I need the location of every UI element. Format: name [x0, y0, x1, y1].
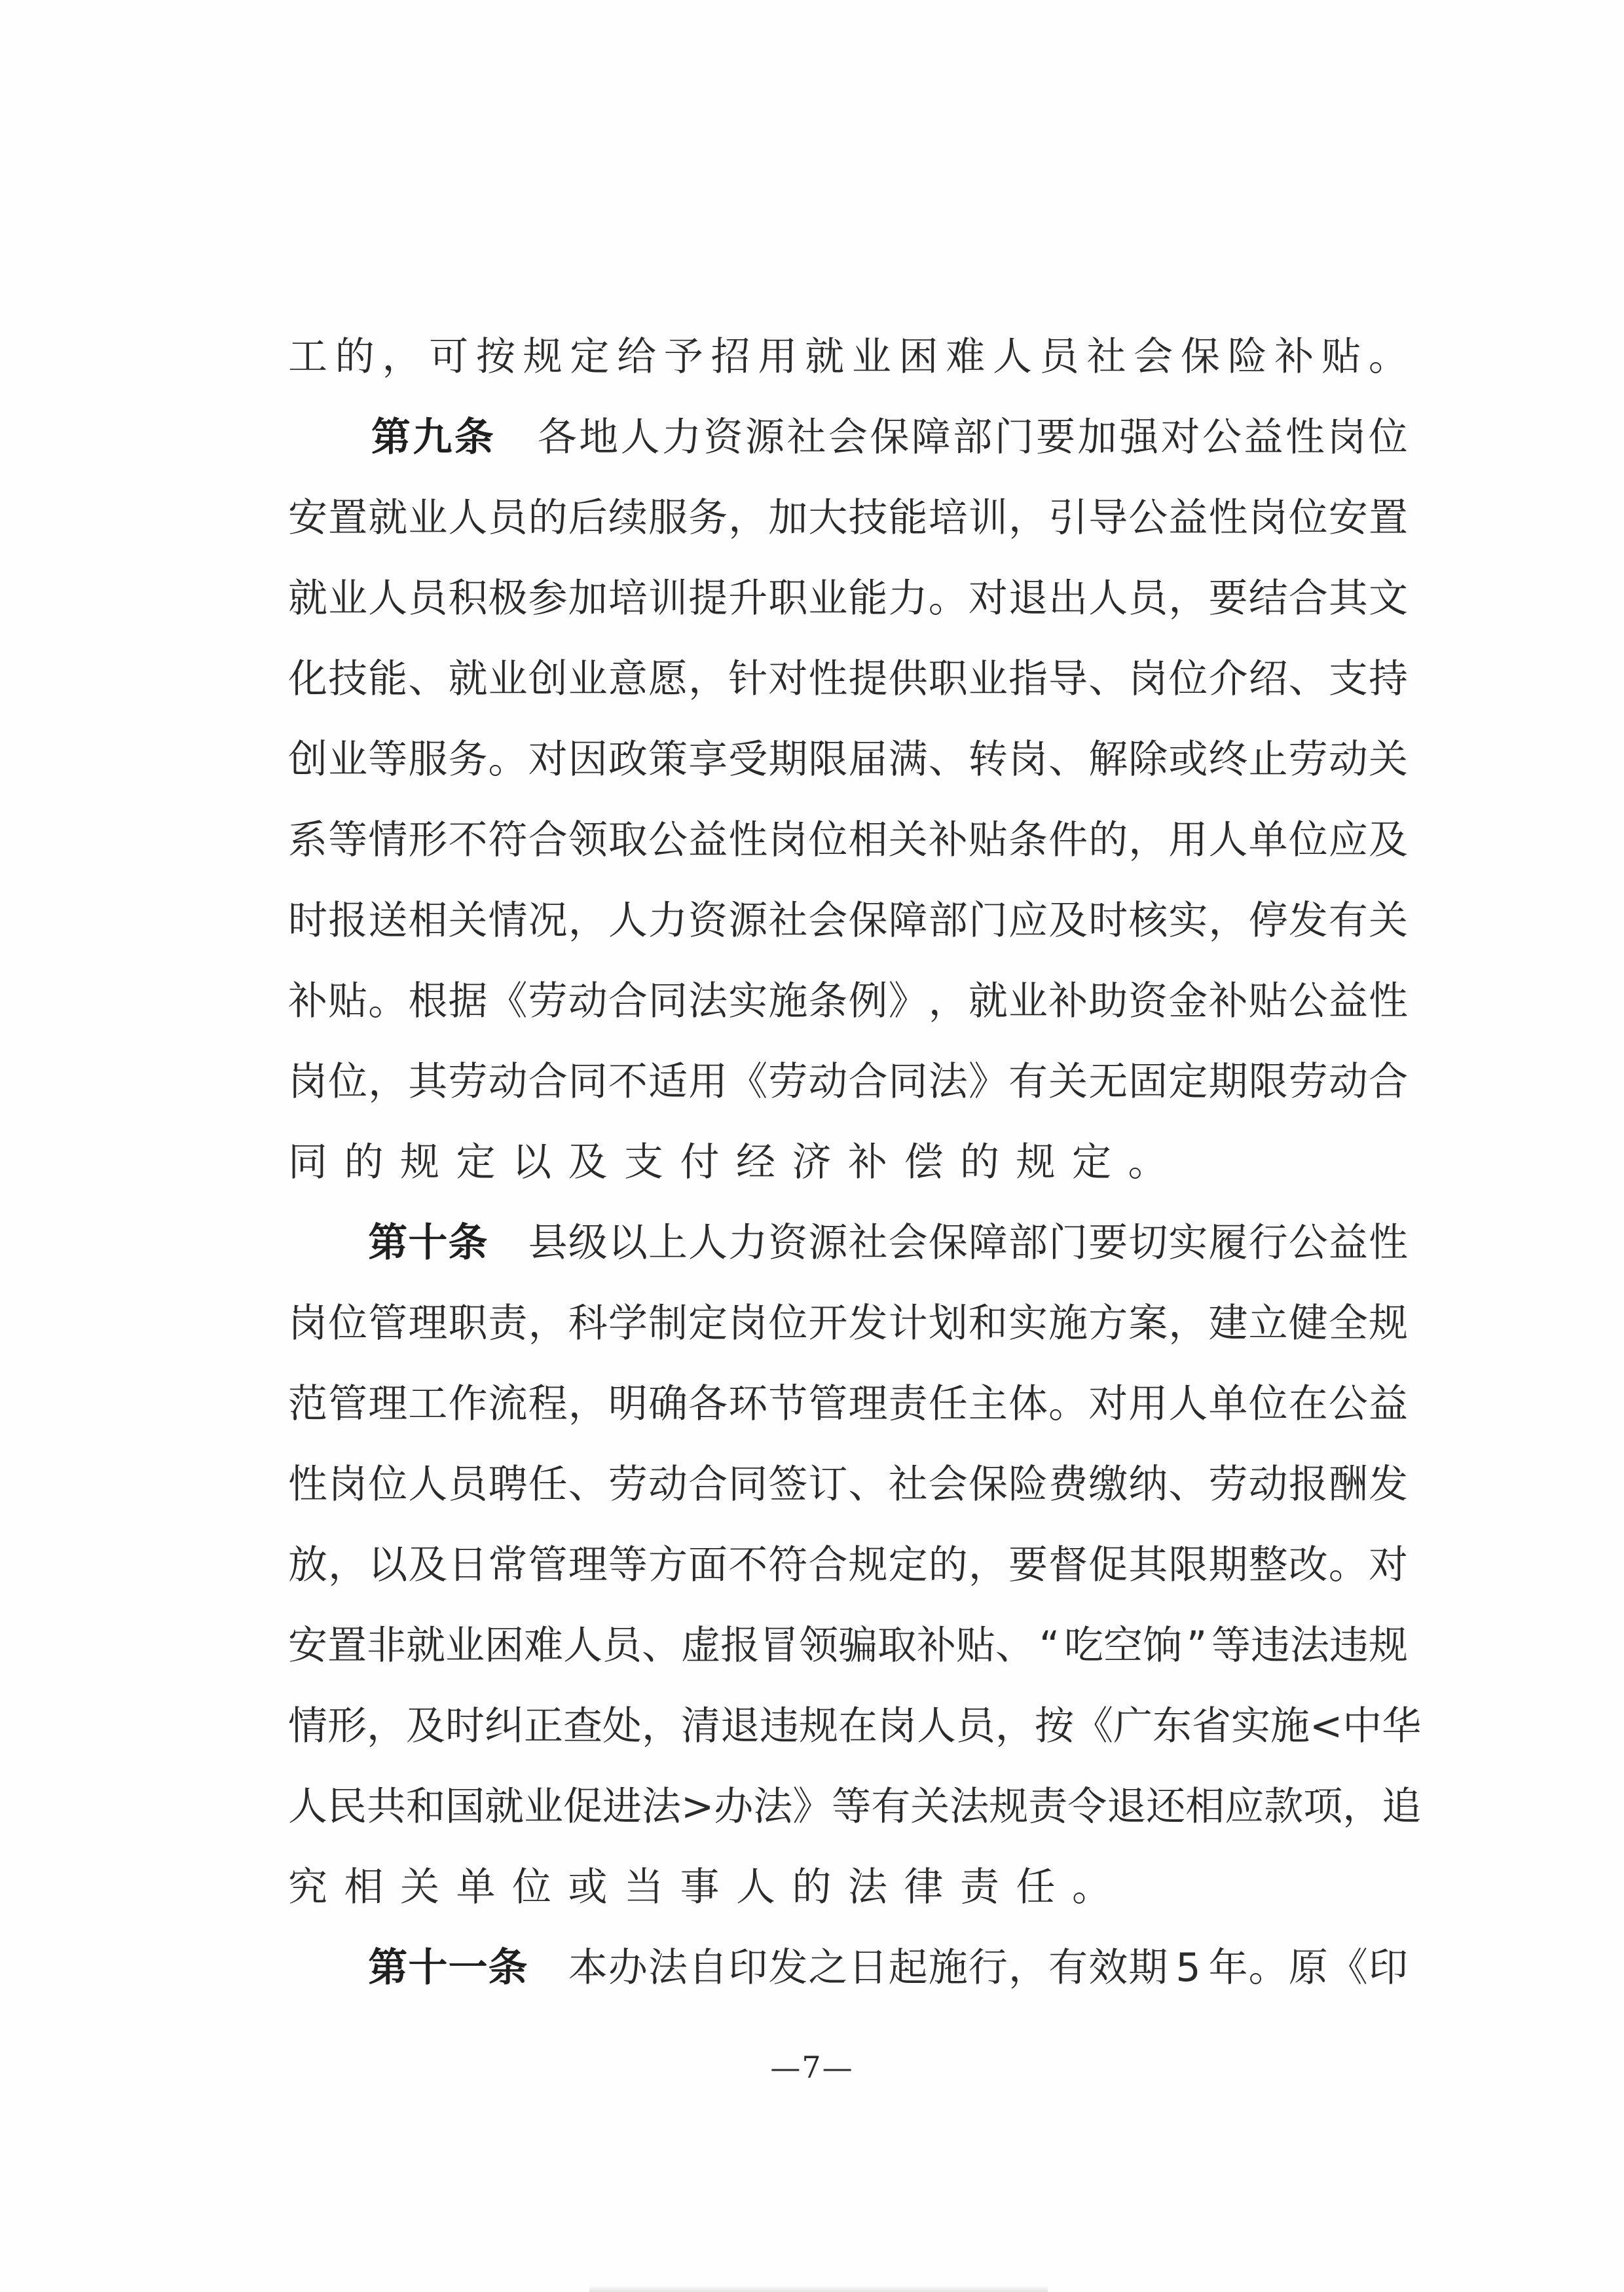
- text-char: 就: [406, 1606, 445, 1686]
- text-char: 岗: [288, 1042, 327, 1122]
- text-char: 困: [485, 1606, 524, 1686]
- text-char: 计: [889, 1284, 928, 1364]
- text-char: 定: [570, 317, 609, 397]
- text-char: 创: [528, 639, 568, 720]
- text-char: 促: [563, 1767, 602, 1847]
- text-char: 符: [768, 1525, 807, 1606]
- text-char: 法: [688, 961, 728, 1042]
- text-char: 及: [1369, 800, 1408, 881]
- text-char: 定: [1072, 1122, 1111, 1203]
- text-char: 劳: [1289, 1042, 1328, 1122]
- text-char: 动: [648, 1445, 688, 1525]
- text-char: 劳: [528, 961, 568, 1042]
- text-char: 限: [1168, 1525, 1208, 1606]
- text-char: 合: [528, 1042, 568, 1122]
- text-char: 动: [1249, 1445, 1288, 1525]
- text-char: 责: [889, 1364, 928, 1445]
- text-char: 相: [1185, 1767, 1225, 1847]
- text-char: 正: [524, 1686, 563, 1767]
- text-char: 方: [1088, 1284, 1128, 1364]
- text-char: 、: [995, 1606, 1035, 1686]
- text-char: 地: [579, 397, 618, 478]
- text-char: 合: [1369, 1042, 1408, 1122]
- text-char: 规: [799, 1686, 838, 1767]
- text-char: 制: [648, 1284, 688, 1364]
- text-char: 能: [368, 639, 407, 720]
- text-char: 服: [648, 478, 688, 559]
- text-char: 出: [1048, 559, 1088, 639]
- text-char: 纳: [1128, 1445, 1168, 1525]
- text-char: 理: [408, 1284, 447, 1364]
- text-char: 位: [1168, 639, 1208, 720]
- text-char: 《: [728, 1042, 767, 1122]
- indent-space: [496, 397, 535, 478]
- text-char: 应: [1329, 800, 1368, 881]
- text-char: 县: [528, 1203, 568, 1284]
- text-char: 益: [1168, 478, 1208, 559]
- article-label-char: 一: [448, 1928, 487, 2008]
- text-char: 施: [929, 1928, 968, 2008]
- article-label-char: 十: [408, 1928, 447, 2008]
- text-char: 单: [1249, 800, 1288, 881]
- text-char: 单: [456, 1847, 496, 1928]
- text-char: 自: [688, 1928, 728, 2008]
- text-char: 服: [408, 720, 447, 800]
- text-char: 起: [889, 1928, 928, 2008]
- text-char: 按: [1035, 1686, 1074, 1767]
- text-char: 就: [448, 639, 487, 720]
- text-char: 作: [448, 1364, 487, 1445]
- text-char: 发: [1289, 881, 1328, 961]
- p-article-11-line: 第十一条本办法自印发之日起施行，有效期5年。原《印: [288, 1928, 1408, 2008]
- text-char: 关: [400, 1847, 439, 1928]
- text-char: 期: [1128, 1928, 1168, 2008]
- text-char: 聘: [489, 1445, 528, 1525]
- text-char: 极: [489, 559, 528, 639]
- text-char: 等: [832, 1767, 871, 1847]
- text-char: 适: [648, 1042, 688, 1122]
- text-char: 固: [1128, 1042, 1168, 1122]
- indent-space: [528, 1928, 568, 2008]
- text-char: 人: [608, 881, 648, 961]
- text-char: 相: [408, 881, 447, 961]
- text-char: 会: [828, 397, 868, 478]
- text-char: 履: [1209, 1203, 1248, 1284]
- text-char: 规: [400, 1122, 439, 1203]
- text-char: 合: [808, 1525, 847, 1606]
- text-char: 训: [648, 559, 688, 639]
- text-char: 人: [1168, 1364, 1208, 1445]
- text-char: 相: [344, 1847, 384, 1928]
- text-char: 动: [808, 1042, 847, 1122]
- text-char: 各: [538, 397, 577, 478]
- text-char: 、: [849, 1445, 888, 1525]
- text-char: 门: [995, 397, 1034, 478]
- text-char: 或: [1168, 720, 1208, 800]
- text-char: 其: [1128, 1525, 1168, 1606]
- text-char: 关: [889, 800, 928, 881]
- text-char: 同: [728, 1445, 767, 1525]
- text-char: 不: [608, 1042, 648, 1122]
- text-char: 会: [808, 881, 847, 961]
- text-char: 费: [1048, 1445, 1088, 1525]
- article-label-char: 第: [368, 1203, 407, 1284]
- text-char: 结: [1249, 559, 1288, 639]
- text-char: 业: [568, 639, 608, 720]
- text-char: 有: [871, 1767, 910, 1847]
- p-article-10-line: 第十条县级以上人力资源社会保障部门要切实履行公益性: [288, 1203, 1408, 1284]
- indent-space: [489, 1203, 528, 1284]
- document-body: 工的，可按规定给予招用就业困难人员社会保险补贴。第九条各地人力资源社会保障部门要…: [288, 317, 1408, 2008]
- text-char: 。: [368, 961, 407, 1042]
- text-char: 取: [608, 800, 648, 881]
- text-char: 人: [1209, 800, 1248, 881]
- text-char: 员: [408, 559, 447, 639]
- p-article-9-line: 化技能、就业创业意愿，针对性提供职业指导、岗位介绍、支持: [288, 639, 1408, 720]
- text-char: 社: [1086, 317, 1126, 397]
- text-char: 政: [608, 720, 648, 800]
- text-char: 保: [849, 881, 888, 961]
- text-char: 岗: [1128, 639, 1168, 720]
- p-article-10-line: 安置非就业困难人员、虚报冒领骗取补贴、“吃空饷”等违法违规: [288, 1606, 1408, 1686]
- text-char: 放: [288, 1525, 327, 1606]
- text-char: 业: [524, 1767, 563, 1847]
- article-label-char: 九: [413, 397, 452, 478]
- text-char: 员: [489, 478, 528, 559]
- text-char: 补: [1209, 961, 1248, 1042]
- text-char: 公: [1128, 478, 1168, 559]
- text-char: 科: [568, 1284, 608, 1364]
- text-char: 岗: [1249, 478, 1288, 559]
- text-char: 部: [929, 881, 968, 961]
- text-char: 的: [929, 1525, 968, 1606]
- text-char: 以: [608, 1203, 648, 1284]
- text-char: 送: [368, 881, 407, 961]
- text-char: 在: [838, 1686, 877, 1767]
- text-char: 实: [1168, 1203, 1208, 1284]
- text-char: 社: [768, 881, 807, 961]
- text-char: 定: [889, 1525, 928, 1606]
- text-char: 性: [808, 639, 847, 720]
- text-char: 根: [408, 961, 447, 1042]
- text-char: 当: [624, 1847, 663, 1928]
- text-char: 东: [1153, 1686, 1192, 1767]
- text-char: 及: [1048, 881, 1088, 961]
- text-char: 对: [1369, 1525, 1408, 1606]
- text-char: 年: [1209, 1928, 1248, 2008]
- text-char: 位: [1249, 1364, 1288, 1445]
- text-char: 享: [688, 720, 728, 800]
- text-char: 违: [1329, 1606, 1369, 1686]
- text-char: 力: [889, 559, 928, 639]
- text-char: 难: [524, 1606, 563, 1686]
- text-char: 社: [786, 397, 826, 478]
- text-char: 关: [1048, 1042, 1088, 1122]
- text-char: 补: [288, 961, 327, 1042]
- text-char: 同: [288, 1122, 327, 1203]
- text-char: 意: [608, 639, 648, 720]
- text-char: 情: [288, 1686, 327, 1767]
- text-char: 中: [1342, 1686, 1382, 1767]
- text-char: 《: [489, 961, 528, 1042]
- text-char: 加: [1078, 397, 1117, 478]
- text-char: 效: [1088, 1928, 1128, 2008]
- text-char: 合: [1289, 559, 1328, 639]
- text-char: 届: [849, 720, 888, 800]
- text-char: ，: [328, 1525, 367, 1606]
- text-char: 导: [1048, 639, 1088, 720]
- text-char: 印: [1369, 1928, 1408, 2008]
- text-char: 程: [528, 1364, 568, 1445]
- indent-space: [288, 397, 327, 478]
- text-char: 岗: [1008, 720, 1048, 800]
- text-char: 贴: [969, 800, 1008, 881]
- text-char: 的: [344, 1122, 384, 1203]
- text-char: 加: [768, 478, 807, 559]
- text-char: 人: [688, 1203, 728, 1284]
- text-char: ，: [1168, 1284, 1208, 1364]
- text-char: 性: [1209, 478, 1248, 559]
- p-continuation-line: 工的，可按规定给予招用就业困难人员社会保险补贴。: [288, 317, 1408, 397]
- text-char: 对: [1161, 397, 1200, 478]
- text-char: 动: [1329, 1042, 1368, 1122]
- text-char: 对: [1088, 1364, 1128, 1445]
- text-char: 人: [368, 559, 407, 639]
- text-char: 应: [1225, 1767, 1264, 1847]
- text-char: 、: [929, 720, 968, 800]
- text-char: 例: [849, 961, 888, 1042]
- text-char: 参: [528, 559, 568, 639]
- text-char: 人: [448, 478, 487, 559]
- text-char: 进: [602, 1767, 642, 1847]
- text-char: 用: [1128, 1364, 1168, 1445]
- text-char: 付: [680, 1122, 720, 1203]
- text-char: 终: [1209, 720, 1248, 800]
- p-article-10-line: 情形，及时纠正查处，清退违规在岗人员，按《广东省实施<中华: [288, 1686, 1408, 1767]
- text-char: 各: [688, 1364, 728, 1445]
- text-char: 位: [512, 1847, 551, 1928]
- text-char: 大: [808, 478, 847, 559]
- text-char: 职: [448, 1284, 487, 1364]
- text-char: 定: [456, 1122, 496, 1203]
- text-char: 助: [1088, 961, 1128, 1042]
- text-char: 位: [368, 1445, 407, 1525]
- text-char: 应: [1008, 881, 1048, 961]
- text-char: 有: [1329, 881, 1368, 961]
- text-char: 发: [768, 1928, 807, 2008]
- text-char: 任: [929, 1364, 968, 1445]
- p-article-9-line: 补贴。根据《劳动合同法实施条例》，就业补助资金补贴公益性: [288, 961, 1408, 1042]
- text-char: 环: [728, 1364, 767, 1445]
- text-char: ，: [528, 1284, 568, 1364]
- text-char: 补: [1274, 317, 1314, 397]
- text-char: 饷: [1143, 1606, 1182, 1686]
- text-char: 退: [720, 1686, 760, 1767]
- text-char: 案: [1128, 1284, 1168, 1364]
- text-char: 源: [808, 1203, 847, 1284]
- p-article-10-line: 范管理工作流程，明确各环节管理责任主体。对用人单位在公益: [288, 1364, 1408, 1445]
- text-char: 违: [760, 1686, 799, 1767]
- p-article-9-line: 安置就业人员的后续服务，加大技能培训，引导公益性岗位安置: [288, 478, 1408, 559]
- text-char: 无: [1088, 1042, 1128, 1122]
- text-char: 明: [608, 1364, 648, 1445]
- text-char: 因: [568, 720, 608, 800]
- text-char: 期: [1209, 1525, 1248, 1606]
- text-char: 省: [1192, 1686, 1231, 1767]
- text-char: 技: [328, 639, 367, 720]
- text-char: 期: [1209, 1042, 1248, 1122]
- text-char: 范: [288, 1364, 327, 1445]
- text-char: 转: [969, 720, 1008, 800]
- text-char: 、: [642, 1606, 681, 1686]
- text-char: 公: [1289, 961, 1328, 1042]
- text-char: 保: [929, 1203, 968, 1284]
- text-char: 置: [327, 1606, 367, 1686]
- text-char: 人: [1088, 559, 1128, 639]
- text-char: 加: [568, 559, 608, 639]
- text-char: 升: [728, 559, 767, 639]
- text-char: 指: [1008, 639, 1048, 720]
- text-char: 人: [621, 397, 660, 478]
- text-char: 训: [969, 478, 1008, 559]
- text-char: 源: [745, 397, 784, 478]
- text-char: 究: [288, 1847, 327, 1928]
- text-char: 级: [568, 1203, 608, 1284]
- text-char: 动: [489, 1042, 528, 1122]
- text-char: 实: [728, 961, 767, 1042]
- text-char: 节: [768, 1364, 807, 1445]
- text-char: 。: [1048, 1364, 1088, 1445]
- text-char: 的: [528, 478, 568, 559]
- text-char: 民: [327, 1767, 367, 1847]
- text-char: 益: [1329, 1203, 1368, 1284]
- text-char: 会: [1134, 317, 1173, 397]
- text-char: 和: [969, 1284, 1008, 1364]
- text-char: 就: [288, 559, 327, 639]
- text-char: 以: [368, 1525, 407, 1606]
- text-char: 岗: [877, 1686, 917, 1767]
- text-char: 工: [408, 1364, 447, 1445]
- text-char: 《: [1329, 1928, 1368, 2008]
- text-char: 改: [1289, 1525, 1328, 1606]
- text-char: 强: [1119, 397, 1158, 478]
- text-char: 部: [953, 397, 992, 478]
- text-char: 法: [1290, 1606, 1329, 1686]
- text-char: 办: [714, 1767, 753, 1847]
- text-char: 原: [1289, 1928, 1328, 2008]
- text-char: 的: [792, 1847, 832, 1928]
- text-char: 安: [1329, 478, 1368, 559]
- text-char: 策: [648, 720, 688, 800]
- text-char: 补: [848, 1122, 887, 1203]
- text-char: 对: [969, 559, 1008, 639]
- text-char: 取: [877, 1606, 917, 1686]
- text-char: 情: [489, 881, 528, 961]
- text-char: 法: [642, 1767, 681, 1847]
- text-char: 劳: [1209, 1445, 1248, 1525]
- scan-edge-shadow: [589, 2285, 1048, 2292]
- text-char: 偿: [904, 1122, 944, 1203]
- text-char: 、: [1168, 1445, 1208, 1525]
- p-article-10-line: 人民共和国就业促进法>办法》等有关法规责令退还相应款项，追: [288, 1767, 1408, 1847]
- text-char: 责: [960, 1847, 999, 1928]
- text-char: 员: [1128, 559, 1168, 639]
- text-char: 险: [1228, 317, 1267, 397]
- text-char: 规: [1016, 1122, 1056, 1203]
- text-char: 补: [1048, 961, 1088, 1042]
- text-char: 冒: [760, 1606, 799, 1686]
- text-char: 性: [1369, 961, 1408, 1042]
- text-char: 补: [917, 1606, 956, 1686]
- text-char: 满: [889, 720, 928, 800]
- text-char: 业: [489, 639, 528, 720]
- text-char: 公: [648, 800, 688, 881]
- text-char: 业: [969, 639, 1008, 720]
- p-article-10-line: 性岗位人员聘任、劳动合同签订、社会保险费缴纳、劳动报酬发: [288, 1445, 1408, 1525]
- text-char: 益: [688, 800, 728, 881]
- text-char: 停: [1249, 881, 1288, 961]
- text-char: 华: [1382, 1686, 1421, 1767]
- text-char: 5: [1168, 1928, 1208, 2008]
- text-char: 、: [1289, 639, 1328, 720]
- text-char: 职: [929, 639, 968, 720]
- document-page: 工的，可按规定给予招用就业困难人员社会保险补贴。第九条各地人力资源社会保障部门要…: [0, 0, 1624, 2292]
- text-char: 提: [688, 559, 728, 639]
- text-char: 经: [736, 1122, 775, 1203]
- text-char: 要: [1008, 1525, 1048, 1606]
- text-char: 条: [808, 961, 847, 1042]
- text-char: 资: [688, 881, 728, 961]
- text-char: 难: [946, 317, 985, 397]
- text-char: 不: [728, 1525, 767, 1606]
- text-char: 形: [408, 800, 447, 881]
- text-char: 保: [1181, 317, 1220, 397]
- text-char: 可: [429, 317, 468, 397]
- text-char: 人: [993, 317, 1032, 397]
- text-char: 。: [1128, 1122, 1168, 1203]
- text-char: 法: [950, 1767, 989, 1847]
- text-char: 就: [485, 1767, 524, 1847]
- text-char: 理: [849, 1364, 888, 1445]
- p-article-9-line: 第九条各地人力资源社会保障部门要加强对公益性岗位: [288, 397, 1408, 478]
- text-char: 金: [1168, 961, 1208, 1042]
- text-char: 予: [664, 317, 703, 397]
- text-char: 持: [1369, 639, 1408, 720]
- text-char: 相: [849, 800, 888, 881]
- text-char: 和: [406, 1767, 445, 1847]
- text-char: ，: [1168, 559, 1208, 639]
- text-char: 资: [704, 397, 743, 478]
- text-char: 符: [489, 800, 528, 881]
- text-char: 公: [1289, 1203, 1328, 1284]
- text-char: 。: [1072, 1847, 1111, 1928]
- text-char: 》: [969, 1042, 1008, 1122]
- text-char: 劳: [448, 1042, 487, 1122]
- text-char: 劳: [608, 1445, 648, 1525]
- text-char: 方: [648, 1525, 688, 1606]
- text-char: 全: [1329, 1284, 1368, 1364]
- text-char: 位: [1289, 478, 1328, 559]
- text-char: ，: [995, 1686, 1035, 1767]
- text-char: 体: [1008, 1364, 1048, 1445]
- text-char: 用: [688, 1042, 728, 1122]
- text-char: 件: [1048, 800, 1088, 881]
- text-char: 职: [768, 559, 807, 639]
- text-char: 部: [1008, 1203, 1048, 1284]
- text-char: 源: [728, 881, 767, 961]
- text-char: 况: [528, 881, 568, 961]
- text-char: 面: [688, 1525, 728, 1606]
